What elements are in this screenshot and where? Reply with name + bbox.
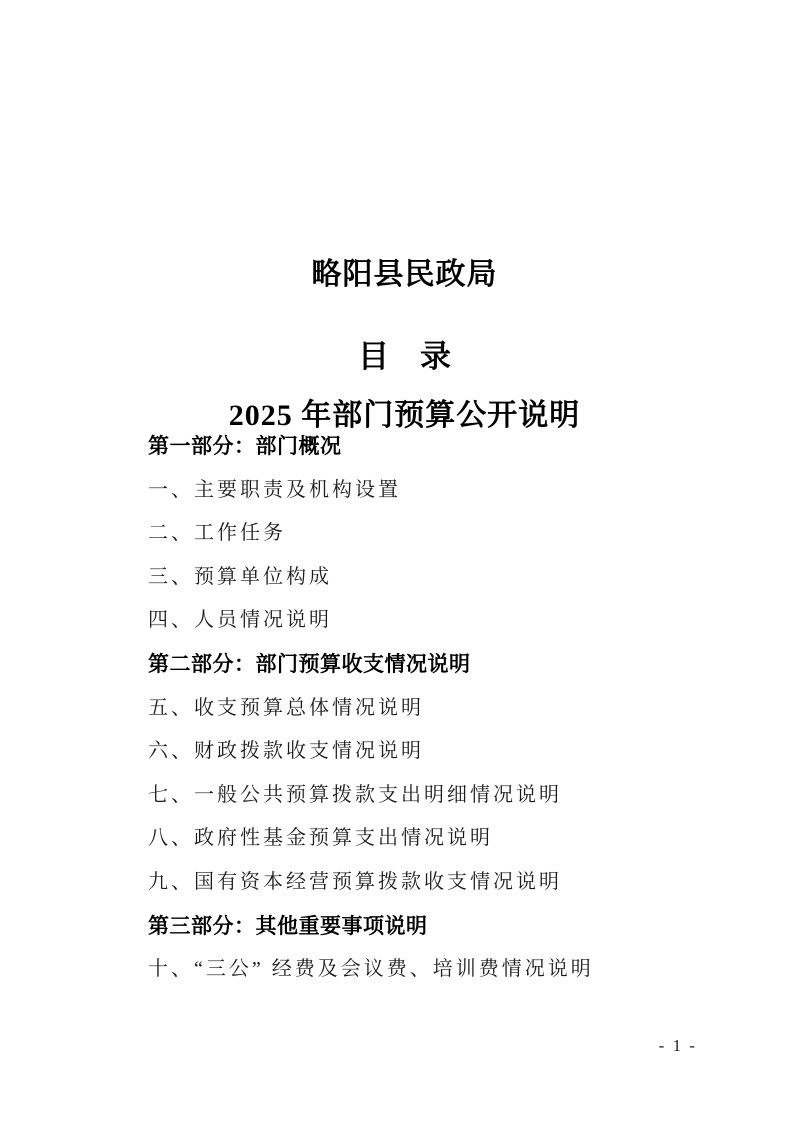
toc-entry: 二、工作任务 (148, 512, 753, 556)
toc-entry: 九、国有资本经营预算拨款收支情况说明 (148, 861, 753, 905)
toc-entry: 五、收支预算总体情况说明 (148, 687, 753, 731)
toc-section-heading: 第三部分：其他重要事项说明 (148, 905, 753, 949)
toc-entry: 一、主要职责及机构设置 (148, 469, 753, 513)
toc-entry: 六、财政拨款收支情况说明 (148, 730, 753, 774)
toc-entry: 四、人员情况说明 (148, 599, 753, 643)
document-title-line1: 略阳县民政局 (16, 251, 793, 298)
toc-section-heading: 第二部分：部门预算收支情况说明 (148, 643, 753, 687)
toc-heading: 目 录 (0, 336, 793, 378)
toc-entry: 三、预算单位构成 (148, 556, 753, 600)
toc-list: 第一部分：部门概况一、主要职责及机构设置二、工作任务三、预算单位构成四、人员情况… (148, 425, 753, 992)
toc-entry: 七、一般公共预算拨款支出明细情况说明 (148, 774, 753, 818)
page-number: - 1 - (659, 1036, 697, 1056)
toc-section-heading: 第一部分：部门概况 (148, 425, 753, 469)
toc-entry: 八、政府性基金预算支出情况说明 (148, 817, 753, 861)
document-page: 略阳县民政局 2025 年部门预算公开说明 目 录 第一部分：部门概况一、主要职… (0, 0, 793, 1122)
toc-entry: 十、“三公” 经费及会议费、培训费情况说明 (148, 948, 753, 992)
